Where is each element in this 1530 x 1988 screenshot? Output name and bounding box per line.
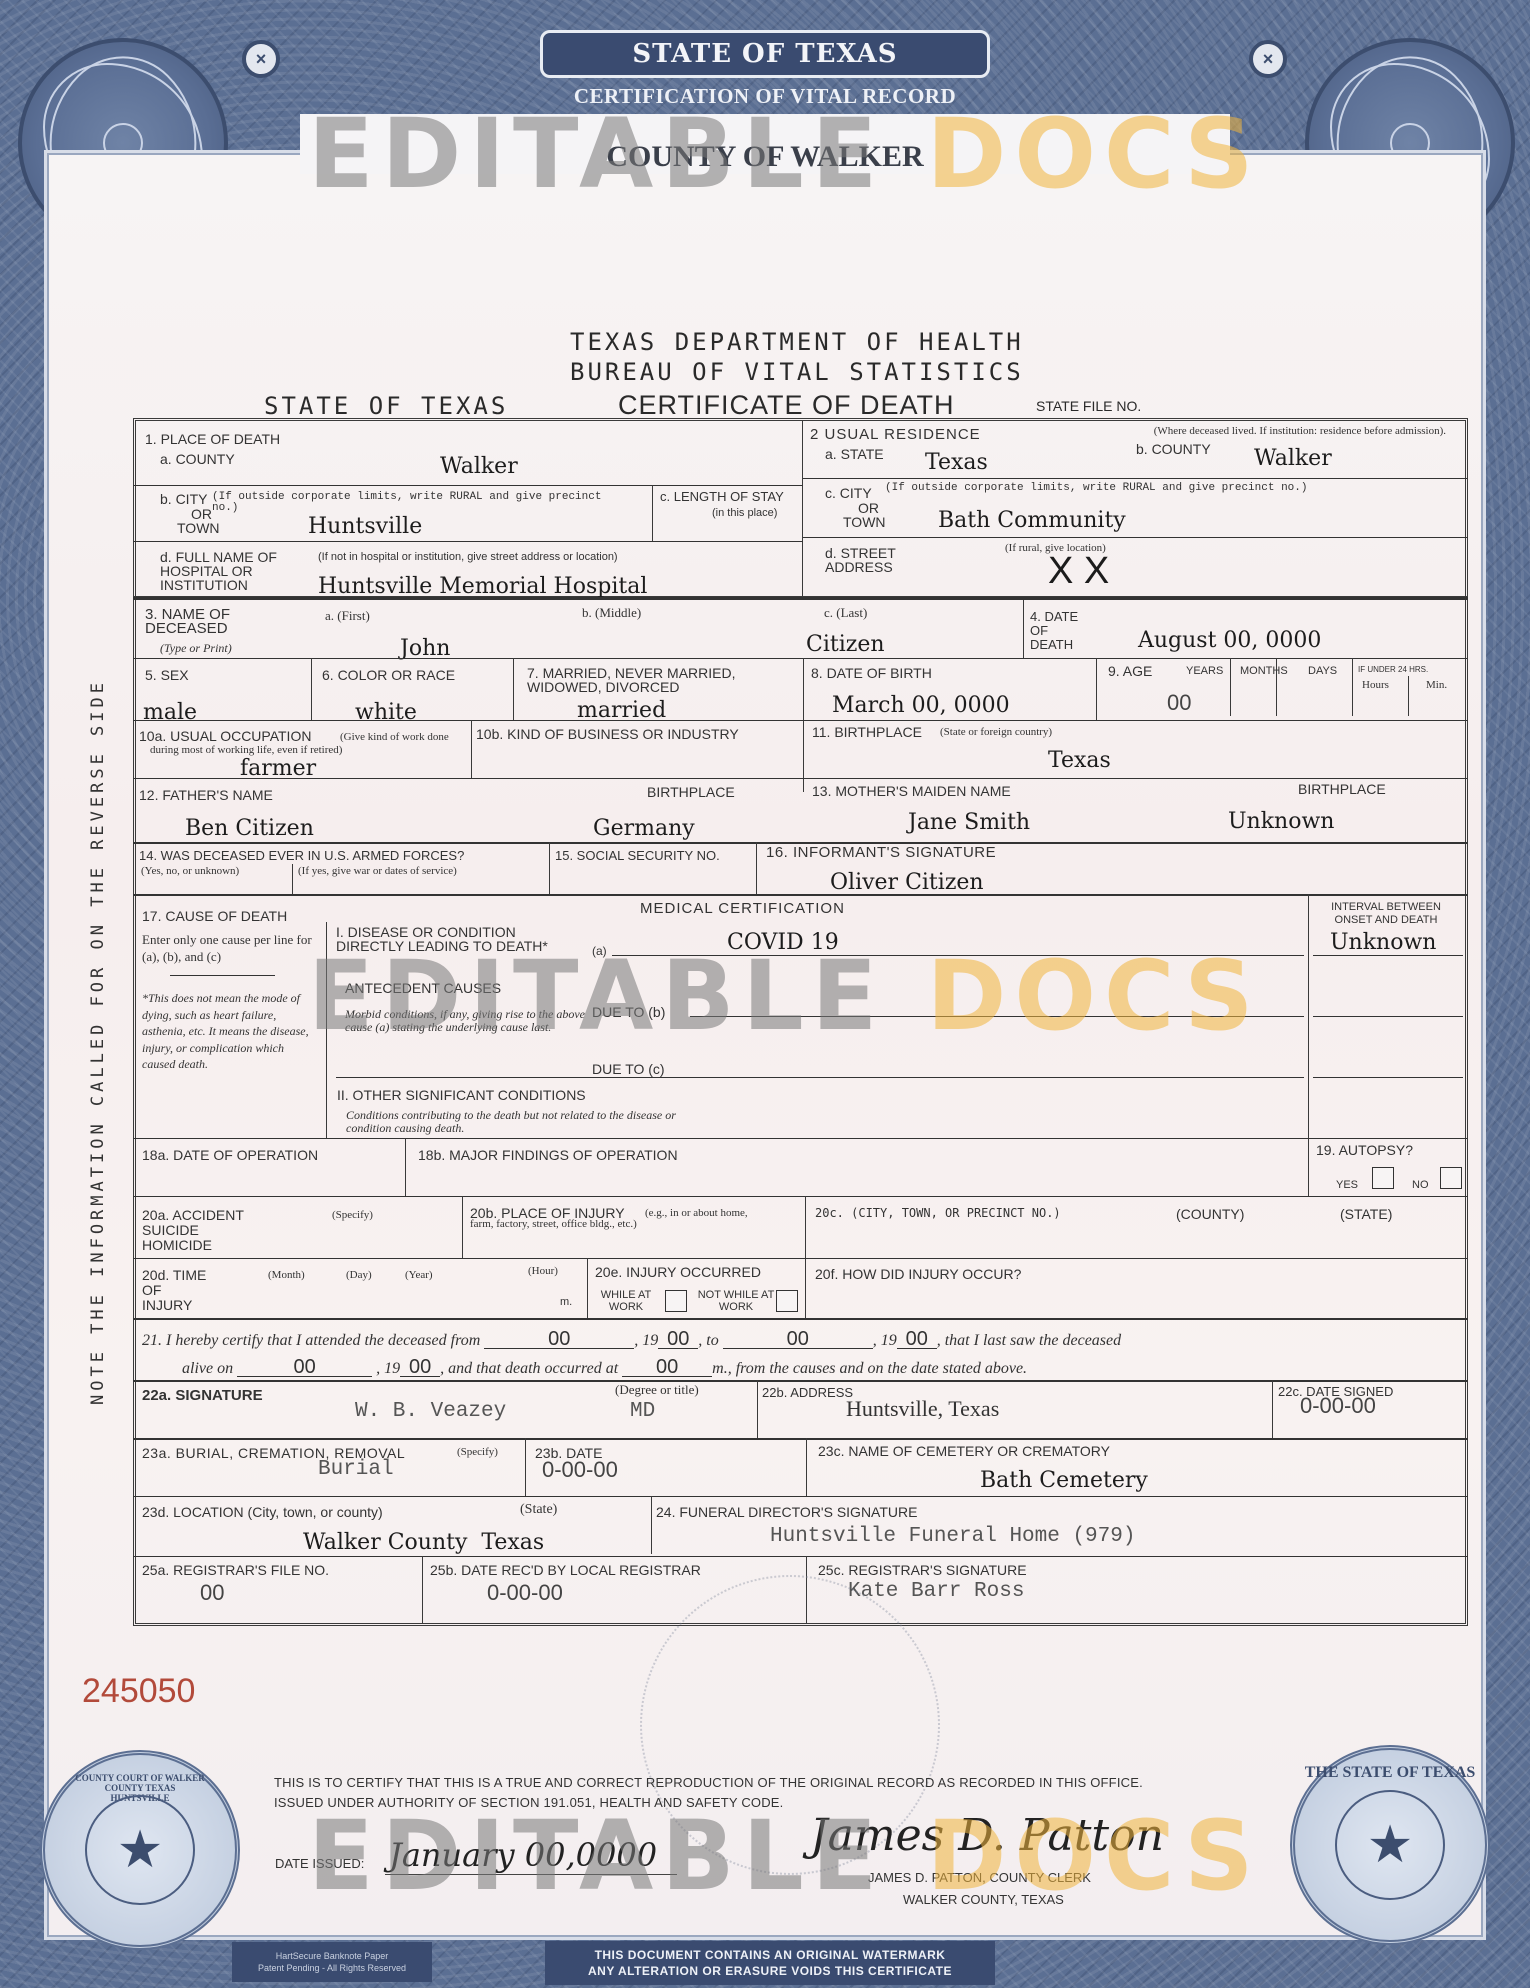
date-issued-value[interactable]: January 00,0000 (385, 1836, 677, 1875)
father-label: 12. FATHER'S NAME (139, 788, 273, 802)
degree-value[interactable]: MD (630, 1400, 655, 1423)
ur-street-value[interactable]: X X (1048, 552, 1109, 590)
injury-location-label: 20c. (CITY, TOWN, OR PRECINCT NO.) (815, 1206, 1061, 1220)
cause-b-label: DUE TO (b) (592, 1005, 665, 1019)
state-file-no-label: STATE FILE NO. (1036, 398, 1141, 414)
ur-city-note: (If outside corporate limits, write RURA… (885, 483, 1307, 494)
accident-note: (Specify) (332, 1210, 373, 1221)
registrar-signature-value[interactable]: Kate Barr Ross (848, 1580, 1024, 1603)
autopsy-no-checkbox[interactable] (1440, 1167, 1462, 1189)
usual-residence-note: (Where deceased lived. If institution: r… (1056, 426, 1446, 437)
ur-county-value[interactable]: Walker (1254, 446, 1332, 471)
pod-county-label: a. COUNTY (160, 452, 235, 466)
department-heading: TEXAS DEPARTMENT OF HEALTH (570, 328, 1024, 356)
length-of-stay-label: c. LENGTH OF STAY (660, 490, 795, 504)
time-year-label: (Year) (405, 1270, 433, 1281)
armed-forces-label: 14. WAS DECEASED EVER IN U.S. ARMED FORC… (139, 849, 464, 863)
mother-birthplace-value[interactable]: Unknown (1228, 809, 1334, 834)
age-under24-label: IF UNDER 24 HRS. (1358, 664, 1428, 675)
marital-label: 7. MARRIED, NEVER MARRIED, WIDOWED, DIVO… (527, 666, 767, 694)
armed-forces-note-service: (If yes, give war or dates of service) (298, 866, 457, 877)
type-or-print-note: (Type or Print) (160, 642, 232, 655)
degree-label: (Degree or title) (615, 1384, 699, 1395)
last-name-label: c. (Last) (824, 607, 867, 618)
watermark-notice-line1: THIS DOCUMENT CONTAINS AN ORIGINAL WATER… (595, 1947, 946, 1963)
op-date-label: 18a. DATE OF OPERATION (142, 1148, 318, 1162)
time-m-label: m. (560, 1297, 572, 1308)
serial-number: 245050 (82, 1672, 195, 1711)
part2-label: II. OTHER SIGNIFICANT CONDITIONS (337, 1088, 586, 1102)
watermark-notice-line2: ANY ALTERATION OR ERASURE VOIDS THIS CER… (588, 1963, 952, 1979)
informant-label: 16. INFORMANT'S SIGNATURE (766, 846, 996, 860)
ur-street-label: d. STREET ADDRESS (825, 546, 915, 574)
antecedent-label: ANTECEDENT CAUSES (345, 981, 501, 995)
ur-state-label: a. STATE (825, 447, 884, 461)
cemetery-label: 23c. NAME OF CEMETERY OR CREMATORY (818, 1444, 1110, 1458)
age-years-value[interactable]: 00 (1167, 690, 1191, 716)
time-day-label: (Day) (346, 1270, 372, 1281)
address-label: 22b. ADDRESS (762, 1386, 853, 1400)
burial-location-label: 23d. LOCATION (City, town, or county) (142, 1505, 383, 1519)
ssn-label: 15. SOCIAL SECURITY NO. (555, 849, 720, 863)
age-months-label: MONTHS (1240, 666, 1288, 677)
business-label: 10b. KIND OF BUSINESS OR INDUSTRY (476, 727, 739, 741)
father-birthplace-label: BIRTHPLACE (647, 785, 735, 799)
autopsy-label: 19. AUTOPSY? (1316, 1143, 1413, 1157)
injury-state-label: (STATE) (1340, 1207, 1392, 1221)
ur-city-label: c. CITY (825, 486, 872, 500)
subbanner: CERTIFICATION OF VITAL RECORD (520, 80, 1010, 112)
burial-location-value[interactable]: Walker County Texas (303, 1530, 544, 1555)
part2-note: Conditions contributing to the death but… (346, 1109, 706, 1135)
ur-city-or: OR (858, 501, 879, 515)
cause-footnote: *This does not mean the mode of dying, s… (142, 990, 314, 1073)
autopsy-no-label: NO (1412, 1180, 1429, 1191)
clerk-signature: James D. Patton (810, 1810, 1164, 1861)
institution-value[interactable]: Huntsville Memorial Hospital (318, 574, 647, 599)
op-findings-label: 18b. MAJOR FINDINGS OF OPERATION (418, 1148, 678, 1162)
county-title: COUNTY OF WALKER (420, 140, 1110, 174)
walker-county-seal: COUNTY COURT OF WALKER COUNTY TEXAS HUNT… (40, 1750, 240, 1950)
dob-value[interactable]: March 00, 0000 (832, 693, 1010, 718)
bureau-heading: BUREAU OF VITAL STATISTICS (570, 358, 1024, 386)
ur-county-label: b. COUNTY (1136, 442, 1211, 456)
pod-county-value[interactable]: Walker (440, 454, 518, 479)
length-of-stay-cell (652, 485, 653, 541)
while-at-work-checkbox[interactable] (665, 1290, 687, 1312)
alive-on-field[interactable]: 00 (237, 1358, 372, 1377)
time-injury-label: 20d. TIME OF INJURY (142, 1268, 212, 1313)
alive-year-field[interactable]: 00 (400, 1358, 440, 1377)
interval-value[interactable]: Unknown (1330, 930, 1436, 955)
state-of-texas-seal: THE STATE OF TEXAS ★ (1290, 1745, 1490, 1945)
rosette-icon (1249, 40, 1287, 78)
pod-city-value[interactable]: Huntsville (308, 514, 422, 539)
age-hours-label: Hours (1362, 680, 1389, 691)
registrar-file-no-value[interactable]: 00 (200, 1580, 224, 1606)
accident-label: 20a. ACCIDENT SUICIDE HOMICIDE (142, 1208, 272, 1253)
cemetery-value[interactable]: Bath Cemetery (980, 1468, 1148, 1493)
age-days-label: DAYS (1308, 666, 1337, 677)
sex-value[interactable]: male (143, 700, 197, 725)
injury-work-label: 20e. INJURY OCCURRED (595, 1265, 761, 1279)
watermark-notice-band: THIS DOCUMENT CONTAINS AN ORIGINAL WATER… (545, 1941, 995, 1985)
part1-label: I. DISEASE OR CONDITION DIRECTLY LEADING… (336, 925, 586, 953)
attended-from-year-field[interactable]: 00 (658, 1330, 698, 1349)
paper-brand-band: HartSecure Banknote Paper Patent Pending… (232, 1942, 432, 1982)
reverse-side-note: NOTE THE INFORMATION CALLED FOR ON THE R… (88, 679, 108, 1405)
certificate-title: CERTIFICATE OF DEATH (618, 390, 955, 421)
pod-city-label: b. CITY (160, 492, 207, 506)
institution-note: (If not in hospital or institution, give… (318, 552, 618, 563)
cause-c-label: DUE TO (c) (592, 1062, 665, 1076)
state-heading: STATE OF TEXAS (264, 392, 508, 420)
not-while-at-work-label: NOT WHILE AT WORK (696, 1289, 776, 1313)
star-icon: ★ (1367, 1819, 1414, 1871)
state-banner: STATE OF TEXAS (540, 30, 990, 78)
autopsy-yes-label: YES (1336, 1180, 1358, 1191)
banner-title: STATE OF TEXAS (632, 39, 897, 69)
pod-city-note: (If outside corporate limits, write RURA… (212, 492, 627, 514)
address-value[interactable]: Huntsville, Texas (846, 1396, 999, 1422)
burial-method-note: (Specify) (457, 1447, 498, 1458)
place-of-death-label: 1. PLACE OF DEATH (145, 432, 280, 446)
date-recd-label: 25b. DATE REC'D BY LOCAL REGISTRAR (430, 1563, 701, 1577)
how-injury-label: 20f. HOW DID INJURY OCCUR? (815, 1267, 1021, 1281)
date-issued-label: DATE ISSUED: (275, 1856, 364, 1871)
certify-statement-line1: THIS IS TO CERTIFY THAT THIS IS A TRUE A… (274, 1775, 1143, 1790)
clerk-county: WALKER COUNTY, TEXAS (903, 1892, 1064, 1907)
rosette-icon (242, 40, 280, 78)
autopsy-yes-checkbox[interactable] (1372, 1167, 1394, 1189)
subbanner-title: CERTIFICATION OF VITAL RECORD (574, 84, 956, 109)
length-of-stay-note: (in this place) (712, 508, 777, 519)
occupation-note: (Give kind of work done during most of w… (150, 731, 470, 757)
not-while-at-work-checkbox[interactable] (776, 1290, 798, 1312)
informant-value[interactable]: Oliver Citizen (830, 870, 984, 895)
antecedent-note: Morbid conditions, if any, giving rise t… (345, 1008, 590, 1034)
time-hour-label: (Hour) (528, 1266, 558, 1277)
mother-label: 13. MOTHER'S MAIDEN NAME (812, 784, 1011, 798)
age-label: 9. AGE (1108, 664, 1152, 678)
ur-city-value[interactable]: Bath Community (938, 508, 1126, 533)
time-month-label: (Month) (268, 1270, 305, 1281)
age-years-label: YEARS (1186, 666, 1223, 677)
race-value[interactable]: white (355, 700, 417, 725)
birthplace-value[interactable]: Texas (1048, 748, 1111, 773)
date-signed-value[interactable]: 0-00-00 (1300, 1393, 1376, 1419)
certify-statement-line2: ISSUED UNDER AUTHORITY OF SECTION 191.05… (274, 1795, 784, 1810)
death-time-field[interactable]: 00 (622, 1358, 712, 1377)
cause-a-value[interactable]: COVID 19 (727, 930, 839, 955)
pod-city-or: OR (191, 507, 212, 521)
dob-label: 8. DATE OF BIRTH (811, 666, 932, 680)
clerk-name: JAMES D. PATTON, COUNTY CLERK (868, 1870, 1091, 1885)
age-min-label: Min. (1426, 680, 1447, 691)
cause-note: Enter only one cause per line for (a), (… (142, 931, 312, 965)
date-of-death-label: 4. DATE OF DEATH (1030, 610, 1090, 652)
institution-label: d. FULL NAME OF HOSPITAL OR INSTITUTION (160, 550, 310, 592)
cert-line-1: 21. I hereby certify that I attended the… (142, 1330, 1121, 1350)
sex-label: 5. SEX (145, 668, 189, 682)
funeral-director-value[interactable]: Huntsville Funeral Home (979) (770, 1525, 1135, 1548)
ur-city-town: TOWN (843, 515, 886, 529)
attended-to-year-field[interactable]: 00 (897, 1330, 937, 1349)
father-value[interactable]: Ben Citizen (185, 816, 314, 841)
attended-from-field[interactable]: 00 (484, 1330, 634, 1349)
first-name-label: a. (First) (325, 610, 370, 621)
attended-to-field[interactable]: 00 (723, 1330, 873, 1349)
interval-label: INTERVAL BETWEEN ONSET AND DEATH (1316, 901, 1456, 927)
usual-residence-label: 2 USUAL RESIDENCE (810, 428, 981, 442)
deceased-name-label: 3. NAME OF DECEASED (145, 608, 275, 636)
burial-location-state-label: (State) (520, 1503, 557, 1517)
pod-city-town: TOWN (177, 521, 220, 535)
cause-of-death-label: 17. CAUSE OF DEATH (142, 909, 287, 923)
burial-method-value[interactable]: Burial (318, 1458, 394, 1481)
birthplace-note: (State or foreign country) (940, 727, 1052, 738)
race-label: 6. COLOR OR RACE (322, 668, 455, 682)
date-of-death-value[interactable]: August 00, 0000 (1138, 628, 1321, 653)
funeral-director-label: 24. FUNERAL DIRECTOR'S SIGNATURE (656, 1505, 917, 1519)
ur-state-value[interactable]: Texas (925, 450, 988, 475)
signature-label: 22a. SIGNATURE (142, 1389, 263, 1403)
burial-date-value[interactable]: 0-00-00 (542, 1457, 618, 1483)
middle-name-label: b. (Middle) (582, 607, 641, 618)
place-injury-note: (e.g., in or about home, farm, factory, … (470, 1208, 760, 1230)
mother-value[interactable]: Jane Smith (908, 810, 1030, 835)
while-at-work-label: WHILE AT WORK (596, 1289, 656, 1313)
star-icon: ★ (117, 1824, 164, 1876)
registrar-signature-label: 25c. REGISTRAR'S SIGNATURE (818, 1563, 1027, 1577)
birthplace-label: 11. BIRTHPLACE (812, 725, 922, 739)
cause-a-label: (a) (592, 944, 607, 958)
mother-birthplace-label: BIRTHPLACE (1298, 782, 1386, 796)
medical-cert-title: MEDICAL CERTIFICATION (640, 902, 845, 916)
father-birthplace-value[interactable]: Germany (593, 816, 695, 841)
date-recd-value[interactable]: 0-00-00 (487, 1580, 563, 1606)
injury-county-label: (COUNTY) (1176, 1207, 1244, 1221)
cert-line-2: alive on 00 , 1900, and that death occur… (182, 1358, 1027, 1378)
last-name-value[interactable]: Citizen (806, 632, 885, 657)
registrar-file-no-label: 25a. REGISTRAR'S FILE NO. (142, 1563, 329, 1577)
physician-signature[interactable]: W. B. Veazey (355, 1400, 506, 1423)
armed-forces-note-yes-no: (Yes, no, or unknown) (141, 866, 239, 877)
